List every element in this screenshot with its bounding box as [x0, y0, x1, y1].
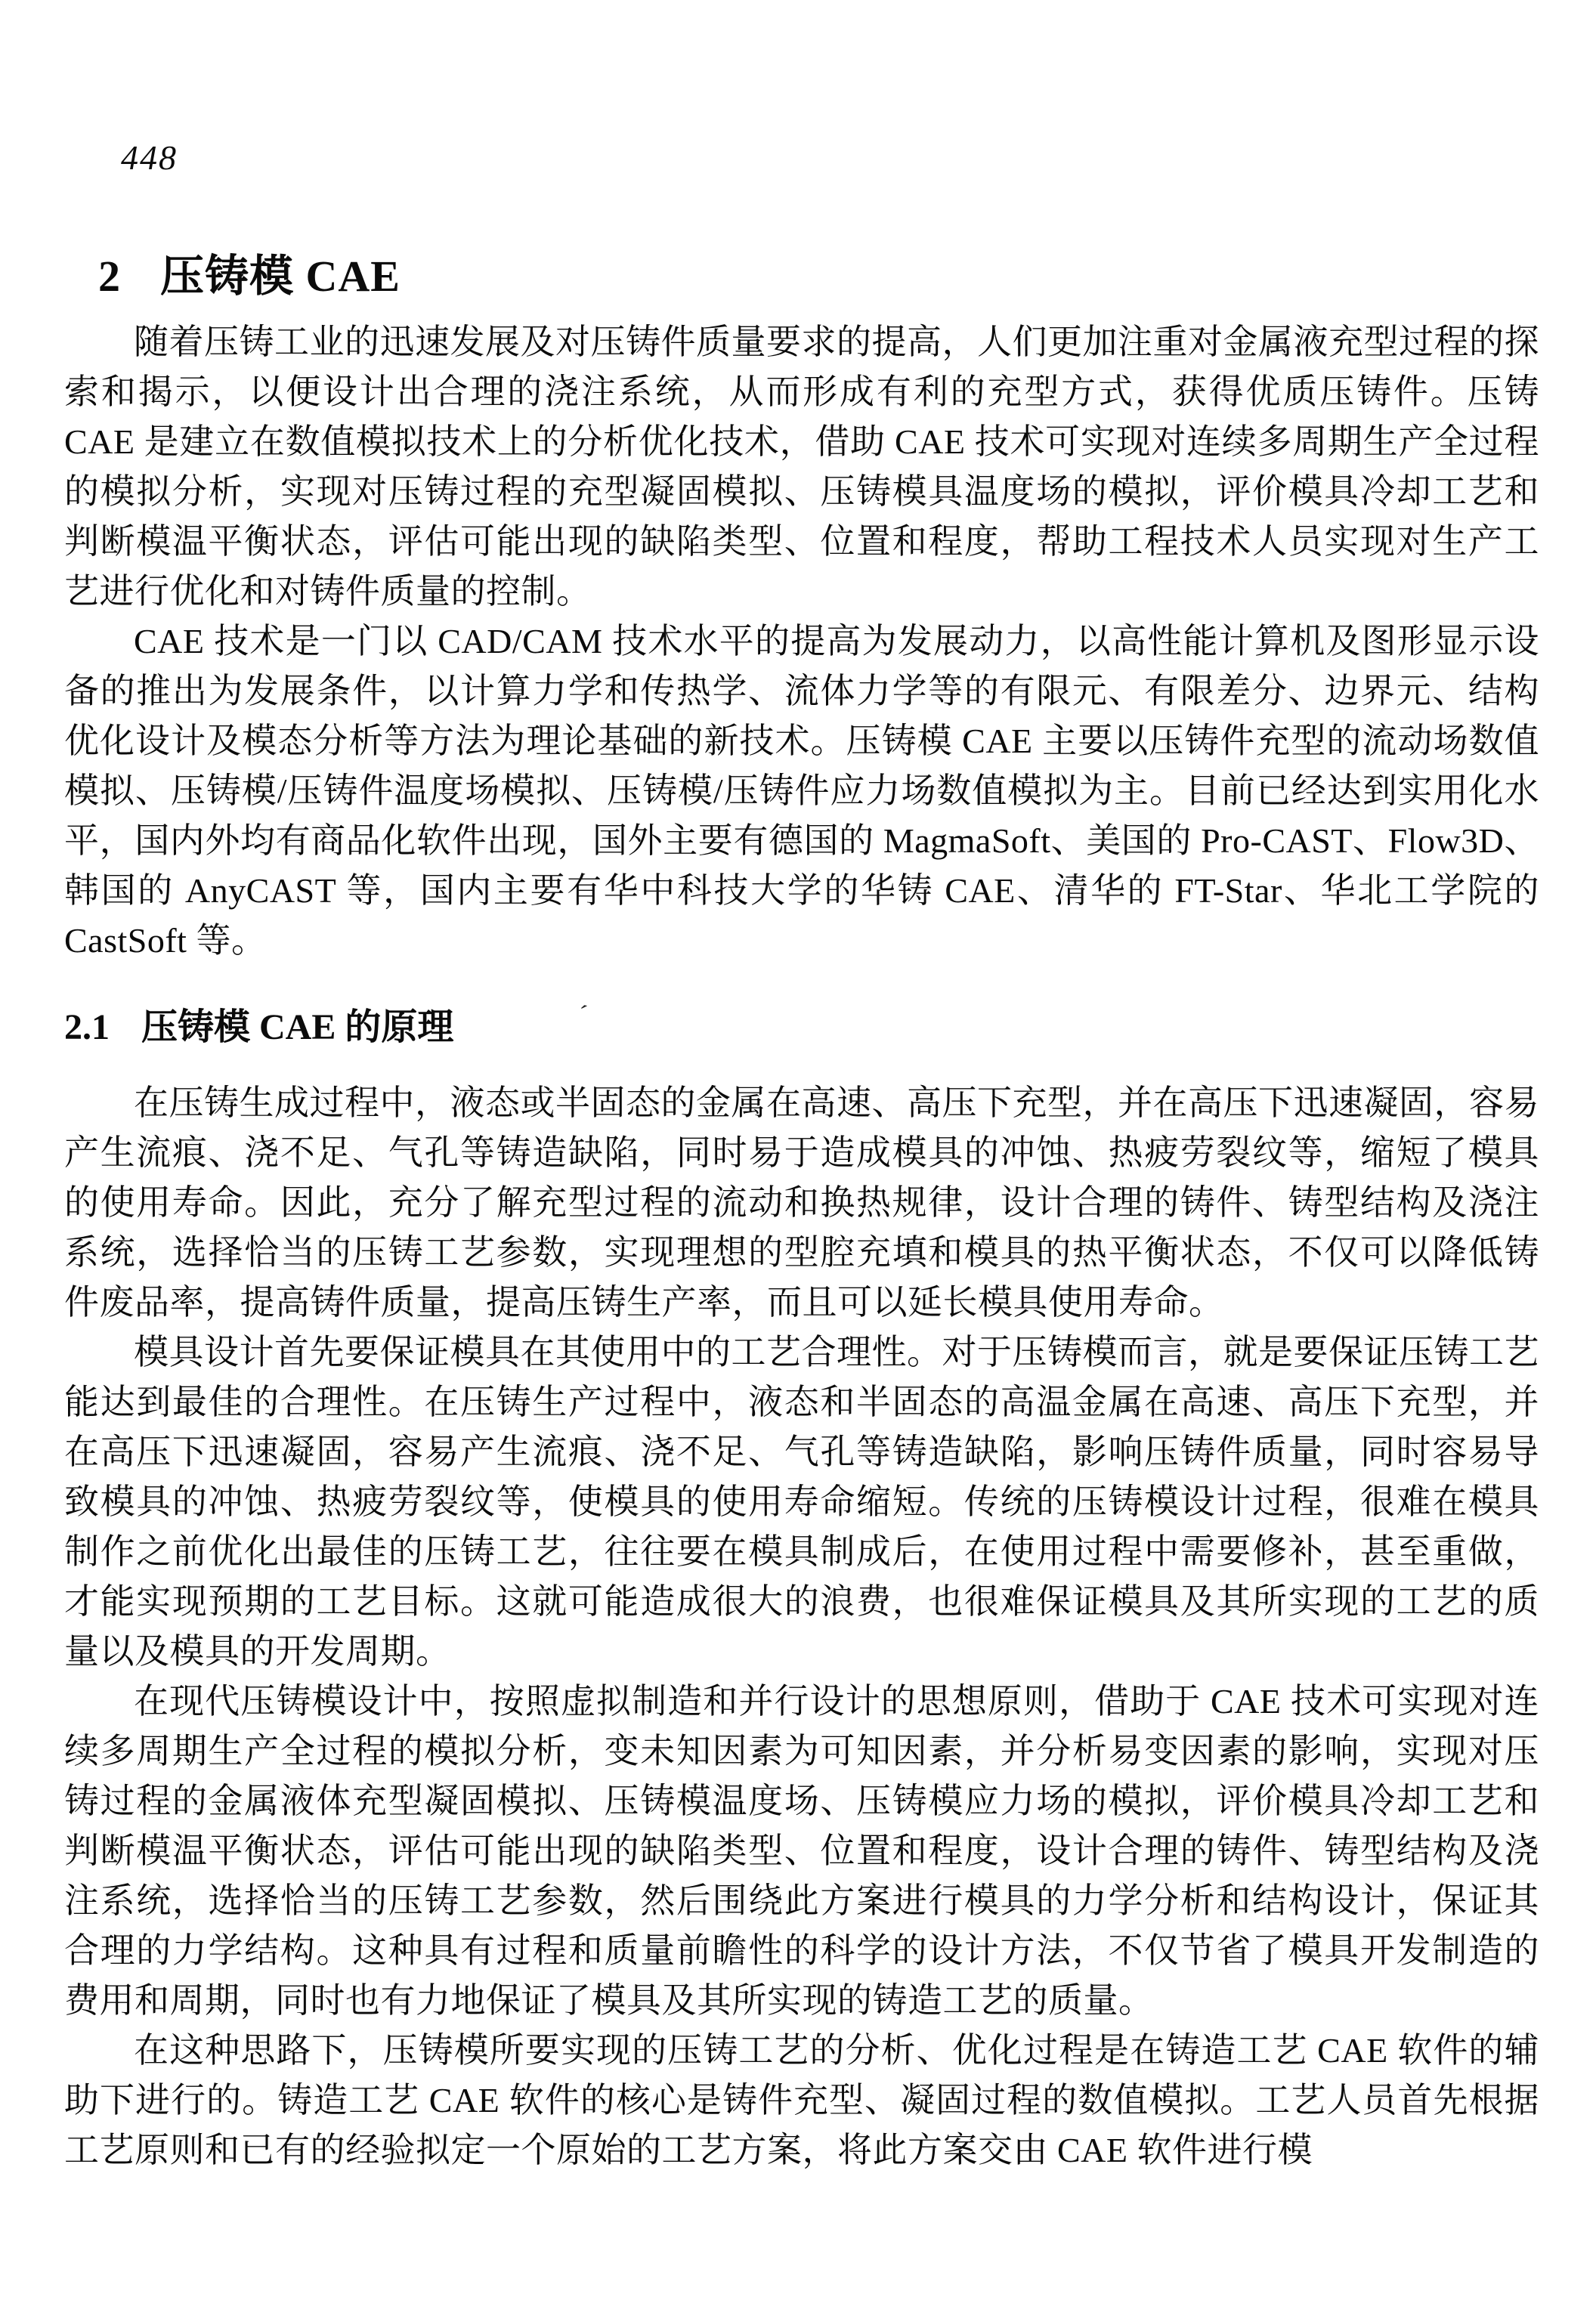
- paragraph-sub-2: 模具设计首先要保证模具在其使用中的工艺合理性。对于压铸模而言，就是要保证压铸工艺…: [64, 1328, 1539, 1677]
- paragraph-intro-2: CAE 技术是一门以 CAD/CAM 技术水平的提高为发展动力，以高性能计算机及…: [64, 617, 1539, 966]
- paragraph-sub-4: 在这种思路下，压铸模所要实现的压铸工艺的分析、优化过程是在铸造工艺 CAE 软件…: [64, 2026, 1539, 2175]
- paragraph-sub-3: 在现代压铸模设计中，按照虚拟制造和并行设计的思想原则，借助于 CAE 技术可实现…: [64, 1677, 1539, 2026]
- section-title: 压铸模 CAE: [160, 252, 401, 301]
- document-page: 448 2压铸模 CAE 随着压铸工业的迅速发展及对压铸件质量要求的提高，人们更…: [0, 0, 1596, 2297]
- scan-artifact-mark: ˊ: [575, 1000, 589, 1031]
- page-number: 448: [121, 138, 178, 178]
- section-heading: 2压铸模 CAE: [98, 240, 401, 304]
- subsection-heading: 2.1压铸模 CAE 的原理ˊ: [64, 997, 1539, 1050]
- paragraph-sub-1: 在压铸生成过程中，液态或半固态的金属在高速、高压下充型，并在高压下迅速凝固，容易…: [64, 1078, 1539, 1328]
- subsection-title: 压铸模 CAE 的原理: [141, 1007, 453, 1047]
- body-text: 随着压铸工业的迅速发展及对压铸件质量要求的提高，人们更加注重对金属液充型过程的探…: [64, 317, 1539, 2175]
- paragraph-intro-1: 随着压铸工业的迅速发展及对压铸件质量要求的提高，人们更加注重对金属液充型过程的探…: [64, 317, 1539, 617]
- section-number: 2: [98, 251, 121, 301]
- subsection-number: 2.1: [64, 1006, 110, 1048]
